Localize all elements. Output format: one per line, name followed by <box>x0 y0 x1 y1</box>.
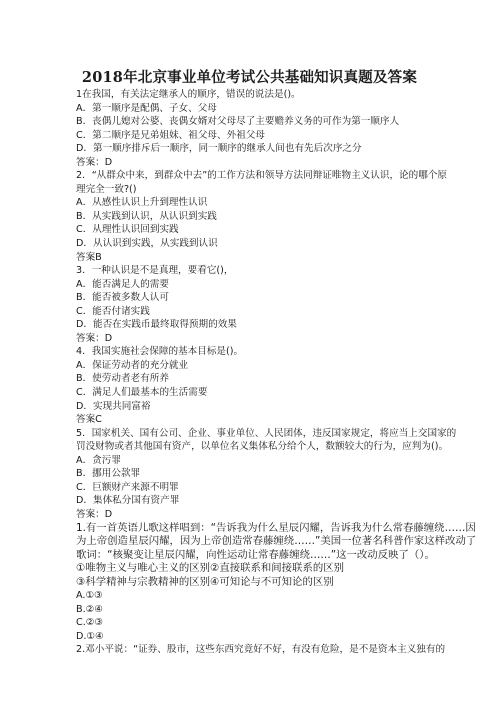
text-line: A．保证劳动者的充分就业 <box>76 359 436 373</box>
text-line: C.②③ <box>76 616 436 630</box>
text-line: 1.有一首英语儿歌这样唱到：“告诉我为什么星辰闪耀，告诉我为什么常春藤缠绕……因 <box>76 522 436 536</box>
document-body: 1在我国，有关法定继承人的顺序，错误的说法是()。A．第一顺序是配偶、子女、父母… <box>76 88 436 657</box>
text-line: 4．我国实施社会保障的基本目标是()。 <box>76 345 436 359</box>
text-line: A．从感性认识上升到理性认识 <box>76 196 436 210</box>
text-line: 罚没财物或者其他国有资产，以单位名义集体私分给个人，数额较大的行为，应判为()。 <box>76 440 436 454</box>
text-line: A.①③ <box>76 589 436 603</box>
text-line: 理完全一致?() <box>76 183 436 197</box>
text-line: D．从认识到实践，从实践到认识 <box>76 237 436 251</box>
text-line: ①唯物主义与唯心主义的区别②直接联系和间接联系的区别 <box>76 562 436 576</box>
text-line: C．从理性认识回到实践 <box>76 223 436 237</box>
text-line: B．丧偶儿媳对公婆、丧偶女婿对父母尽了主要赡养义务的可作为第一顺序人 <box>76 115 436 129</box>
text-line: B．挪用公款罪 <box>76 467 436 481</box>
text-line: 5．国家机关、国有公司、企业、事业单位、人民团体，违反国家规定，将应当上交国家的 <box>76 427 436 441</box>
text-line: D．实现共同富裕 <box>76 400 436 414</box>
document-title: 2018年北京事业单位考试公共基础知识真题及答案 <box>0 66 499 87</box>
text-line: C．第二顺序是兄弟姐妹、祖父母、外祖父母 <box>76 129 436 143</box>
text-line: D．集体私分国有资产罪 <box>76 494 436 508</box>
text-line: C．巨额财产来源不明罪 <box>76 481 436 495</box>
text-line: C．满足人们最基本的生活需要 <box>76 386 436 400</box>
text-line: 答案C <box>76 413 436 427</box>
text-line: 答案：D <box>76 332 436 346</box>
text-line: 答案：D <box>76 508 436 522</box>
text-line: B．能否被多数人认可 <box>76 291 436 305</box>
text-line: 3．一种认识是不是真理，要看它()， <box>76 264 436 278</box>
text-line: D.①④ <box>76 630 436 644</box>
text-line: C．能否付诸实践 <box>76 305 436 319</box>
text-line: B．从实践到认识，从认识到实践 <box>76 210 436 224</box>
text-line: 2．“从群众中来，到群众中去”的工作方法和领导方法同辩证唯物主义认识，论的哪个原 <box>76 169 436 183</box>
text-line: 答案B <box>76 251 436 265</box>
text-line: B．使劳动者老有所养 <box>76 372 436 386</box>
text-line: 为上帝创造星辰闪耀，因为上帝创造常春藤缠绕……”美国一位著名科普作家这样改动了 <box>76 535 436 549</box>
text-line: B.②④ <box>76 603 436 617</box>
text-line: 1在我国，有关法定继承人的顺序，错误的说法是()。 <box>76 88 436 102</box>
text-line: A．能否满足人的需要 <box>76 278 436 292</box>
document-page: 2018年北京事业单位考试公共基础知识真题及答案 1在我国，有关法定继承人的顺序… <box>0 0 499 706</box>
text-line: ③科学精神与宗教精神的区别④可知论与不可知论的区别 <box>76 576 436 590</box>
text-line: 2.邓小平说：“证券、股市，这些东西究竟好不好，有没有危险，是不是资本主义独有的 <box>76 643 436 657</box>
text-line: A．第一顺序是配偶、子女、父母 <box>76 102 436 116</box>
text-line: D．第一顺序排斥后一顺序，同一顺序的继承人间也有先后次序之分 <box>76 142 436 156</box>
text-line: 答案：D <box>76 156 436 170</box>
text-line: A．贪污罪 <box>76 454 436 468</box>
text-line: D．能否在实践币最终取得预期的效果 <box>76 318 436 332</box>
text-line: 歌词：“核聚变让星辰闪耀，向性运动让常春藤缠绕……”这一改动反映了（）。 <box>76 549 436 563</box>
